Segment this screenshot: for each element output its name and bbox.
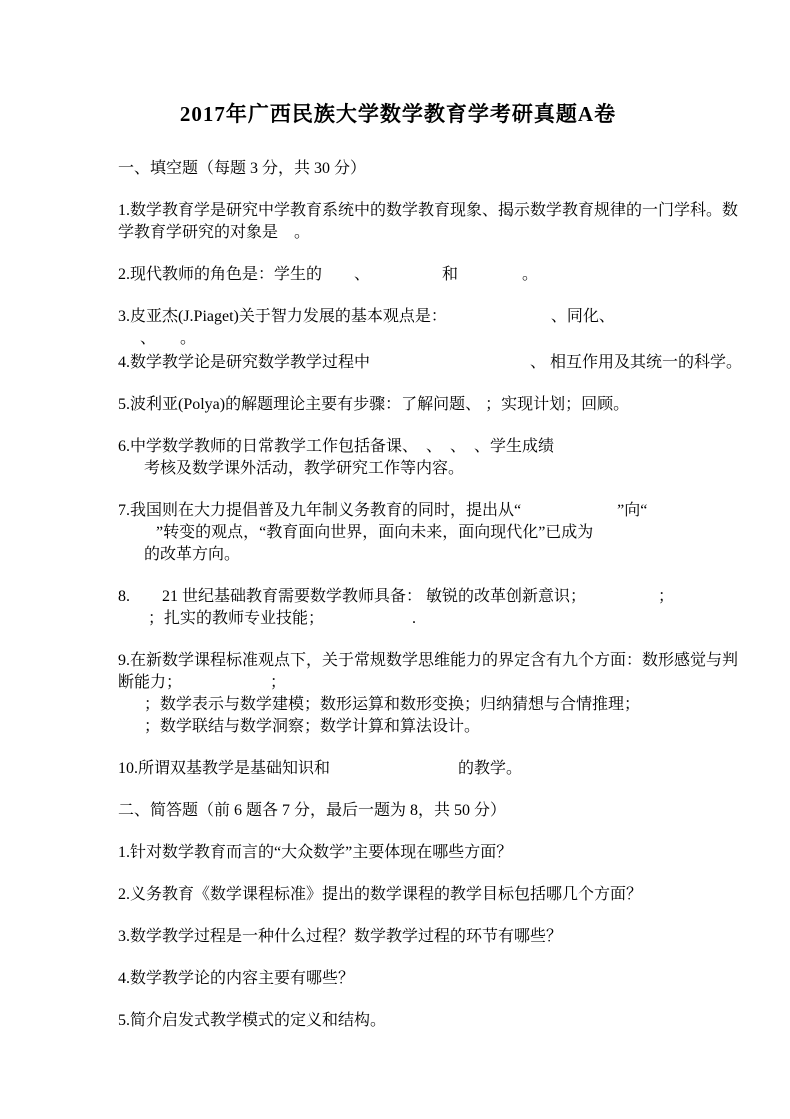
fill-blank-item-5-line-1: 5.波利亚(Polya)的解题理论主要有步骤：了解问题、 ；实现计划；回顾。 xyxy=(118,394,680,416)
short-answer-question-1-text: 1.针对数学教育而言的“大众数学”主要体现在哪些方面？ xyxy=(118,842,680,864)
fill-blank-item-10: 10.所谓双基教学是基础知识和 的教学。 xyxy=(118,758,680,780)
fill-blank-item-8-line-2: ；扎实的教师专业技能； . xyxy=(118,608,680,630)
short-answer-question-4-text: 4.数学教学论的内容主要有哪些？ xyxy=(118,968,680,990)
fill-blank-item-10-line-1: 10.所谓双基教学是基础知识和 的教学。 xyxy=(118,758,680,780)
fill-blank-item-9-line-1: 9.在新数学课程标准观点下，关于常规数学思维能力的界定含有九个方面：数形感觉与判 xyxy=(118,650,680,672)
fill-blank-item-9: 9.在新数学课程标准观点下，关于常规数学思维能力的界定含有九个方面：数形感觉与判… xyxy=(118,650,680,738)
fill-blank-item-9-line-2: 断能力； ； xyxy=(118,672,680,694)
short-answer-question-2-text: 2.义务教育《数学课程标准》提出的数学课程的教学目标包括哪几个方面？ xyxy=(118,884,680,906)
short-answer-question-3: 3.数学教学过程是一种什么过程？数学教学过程的环节有哪些？ xyxy=(118,926,680,948)
fill-blank-item-8-line-1: 8. 21 世纪基础教育需要数学教师具备： 敏锐的改革创新意识； ； xyxy=(118,586,680,608)
fill-blank-item-1-line-1: 1.数学教育学是研究中学教育系统中的数学教育现象、揭示数学教育规律的一门学科。数 xyxy=(118,200,680,222)
fill-blank-item-9-line-4: ；数学联结与数学洞察；数学计算和算法设计。 xyxy=(118,716,680,738)
fill-blank-item-4: 4.数学教学论是研究数学教学过程中 、 相互作用及其统一的科学。 xyxy=(118,352,680,374)
short-answer-question-3-text: 3.数学教学过程是一种什么过程？数学教学过程的环节有哪些？ xyxy=(118,926,680,948)
fill-blank-item-7-line-2: ”转变的观点，“教育面向世界，面向未来，面向现代化”已成为 xyxy=(118,522,680,544)
fill-blank-item-6-line-1: 6.中学数学教师的日常教学工作包括备课、 、 、 、学生成绩 xyxy=(118,436,680,458)
exam-title: 2017年广西民族大学数学教育学考研真题A卷 xyxy=(118,100,678,128)
fill-blank-item-3-line-1: 3.皮亚杰(J.Piaget)关于智力发展的基本观点是： 、同化、 xyxy=(118,306,680,328)
exam-document-page: 2017年广西民族大学数学教育学考研真题A卷 一、填空题（每题 3 分，共 30… xyxy=(0,0,790,1119)
fill-blank-item-1-line-2: 学教育学研究的对象是 。 xyxy=(118,222,680,244)
fill-blank-item-3-line-2: 、 。 xyxy=(118,328,680,350)
fill-blank-item-9-line-3: ；数学表示与数学建模；数形运算和数形变换；归纳猜想与合情推理； xyxy=(118,694,680,716)
fill-blank-item-3: 3.皮亚杰(J.Piaget)关于智力发展的基本观点是： 、同化、 、 。 xyxy=(118,306,680,350)
short-answer-question-2: 2.义务教育《数学课程标准》提出的数学课程的教学目标包括哪几个方面？ xyxy=(118,884,680,906)
fill-blank-item-5: 5.波利亚(Polya)的解题理论主要有步骤：了解问题、 ；实现计划；回顾。 xyxy=(118,394,680,416)
short-answer-question-5-text: 5.简介启发式教学模式的定义和结构。 xyxy=(118,1010,680,1032)
fill-blank-item-4-line-1: 4.数学教学论是研究数学教学过程中 、 相互作用及其统一的科学。 xyxy=(118,352,680,374)
fill-blank-item-7-line-1: 7.我国则在大力提倡普及九年制义务教育的同时，提出从“ ”向“ xyxy=(118,500,680,522)
fill-blank-item-2: 2.现代教师的角色是：学生的 、 和 。 xyxy=(118,264,680,286)
fill-blank-item-2-line-1: 2.现代教师的角色是：学生的 、 和 。 xyxy=(118,264,680,286)
fill-blank-item-7-line-3: 的改革方向。 xyxy=(118,544,680,566)
fill-blank-item-1: 1.数学教育学是研究中学教育系统中的数学教育现象、揭示数学教育规律的一门学科。数… xyxy=(118,200,680,244)
fill-blank-item-6-line-2: 考核及数学课外活动，教学研究工作等内容。 xyxy=(118,458,680,480)
short-answer-question-5: 5.简介启发式教学模式的定义和结构。 xyxy=(118,1010,680,1032)
section-1-heading: 一、填空题（每题 3 分，共 30 分） xyxy=(118,158,680,180)
short-answer-question-4: 4.数学教学论的内容主要有哪些？ xyxy=(118,968,680,990)
short-answer-question-1: 1.针对数学教育而言的“大众数学”主要体现在哪些方面？ xyxy=(118,842,680,864)
fill-blank-item-7: 7.我国则在大力提倡普及九年制义务教育的同时，提出从“ ”向“ ”转变的观点，“… xyxy=(118,500,680,566)
fill-blank-item-6: 6.中学数学教师的日常教学工作包括备课、 、 、 、学生成绩 考核及数学课外活动… xyxy=(118,436,680,480)
section-2-heading: 二、简答题（前 6 题各 7 分，最后一题为 8，共 50 分） xyxy=(118,800,680,822)
fill-blank-item-8: 8. 21 世纪基础教育需要数学教师具备： 敏锐的改革创新意识； ； ；扎实的教… xyxy=(118,586,680,630)
